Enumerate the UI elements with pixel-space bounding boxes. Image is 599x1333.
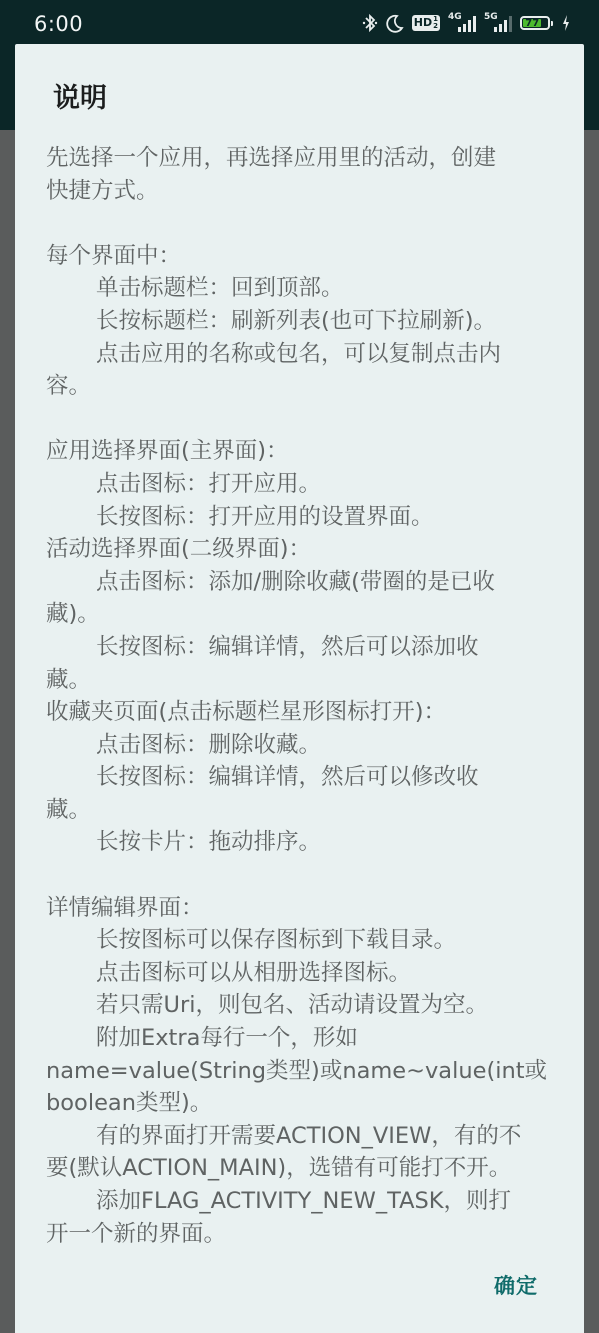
blank-line — [46, 207, 556, 240]
blank-line — [46, 859, 556, 892]
battery-icon: 77 — [520, 16, 553, 30]
dialog-actions: 确定 — [494, 1270, 538, 1300]
dialog-text-line: 藏)。 — [46, 598, 556, 631]
dialog-text-line: 点击图标：添加/删除收藏(带圈的是已收 — [46, 566, 556, 599]
dialog-text-line: 附加Extra每行一个，形如 — [46, 1022, 556, 1055]
dialog-text-line: 详情编辑界面： — [46, 892, 556, 925]
blank-line — [46, 403, 556, 436]
do-not-disturb-moon-icon — [386, 13, 404, 33]
dialog-text-line: 单击标题栏：回到顶部。 — [46, 272, 556, 305]
help-dialog: 说明 先选择一个应用，再选择应用里的活动，创建快捷方式。每个界面中：单击标题栏：… — [15, 44, 584, 1333]
dialog-text-line: 长按图标：编辑详情，然后可以修改收 — [46, 761, 556, 794]
dialog-text-line: 点击图标：打开应用。 — [46, 468, 556, 501]
dialog-text-line: 长按卡片：拖动排序。 — [46, 826, 556, 859]
status-time: 6:00 — [34, 12, 83, 36]
dialog-text-line: 开一个新的界面。 — [46, 1218, 556, 1251]
dialog-text-line: 先选择一个应用，再选择应用里的活动，创建 — [46, 142, 556, 175]
dialog-text-line: 点击图标：删除收藏。 — [46, 729, 556, 762]
dialog-text-line: 长按标题栏：刷新列表(也可下拉刷新)。 — [46, 305, 556, 338]
dialog-text-line: name=value(String类型)或name~value(int或 — [46, 1055, 556, 1088]
dialog-text-line: 快捷方式。 — [46, 175, 556, 208]
ok-button[interactable]: 确定 — [494, 1270, 538, 1300]
dialog-message: 先选择一个应用，再选择应用里的活动，创建快捷方式。每个界面中：单击标题栏：回到顶… — [46, 142, 556, 1250]
dialog-text-line: 活动选择界面(二级界面)： — [46, 533, 556, 566]
dialog-title: 说明 — [53, 76, 107, 115]
dialog-text-line: 点击图标可以从相册选择图标。 — [46, 957, 556, 990]
dialog-text-line: 每个界面中： — [46, 240, 556, 273]
5g-signal-icon: 5G — [484, 14, 512, 32]
hd-voice-icon: HD12 — [412, 15, 440, 31]
dialog-text-line: 应用选择界面(主界面)： — [46, 435, 556, 468]
dialog-text-line: boolean类型)。 — [46, 1087, 556, 1120]
status-icons: HD12 4G 5G 77 — [362, 12, 571, 34]
dialog-text-line: 长按图标可以保存图标到下载目录。 — [46, 924, 556, 957]
charging-icon — [561, 14, 571, 32]
dialog-text-line: 容。 — [46, 370, 556, 403]
dialog-text-line: 收藏夹页面(点击标题栏星形图标打开)： — [46, 696, 556, 729]
dialog-text-line: 有的界面打开需要ACTION_VIEW，有的不 — [46, 1120, 556, 1153]
dialog-text-line: 长按图标：打开应用的设置界面。 — [46, 501, 556, 534]
dialog-text-line: 若只需Uri，则包名、活动请设置为空。 — [46, 989, 556, 1022]
dialog-text-line: 藏。 — [46, 664, 556, 697]
status-bar: 6:00 HD12 4G 5G 77 — [0, 0, 599, 44]
dialog-text-line: 长按图标：编辑详情，然后可以添加收 — [46, 631, 556, 664]
dialog-text-line: 添加FLAG_ACTIVITY_NEW_TASK，则打 — [46, 1185, 556, 1218]
dialog-text-line: 要(默认ACTION_MAIN)，选错有可能打不开。 — [46, 1152, 556, 1185]
bluetooth-icon — [362, 13, 378, 33]
dialog-text-line: 藏。 — [46, 794, 556, 827]
4g-signal-icon: 4G — [448, 14, 476, 32]
dialog-text-line: 点击应用的名称或包名，可以复制点击内 — [46, 338, 556, 371]
